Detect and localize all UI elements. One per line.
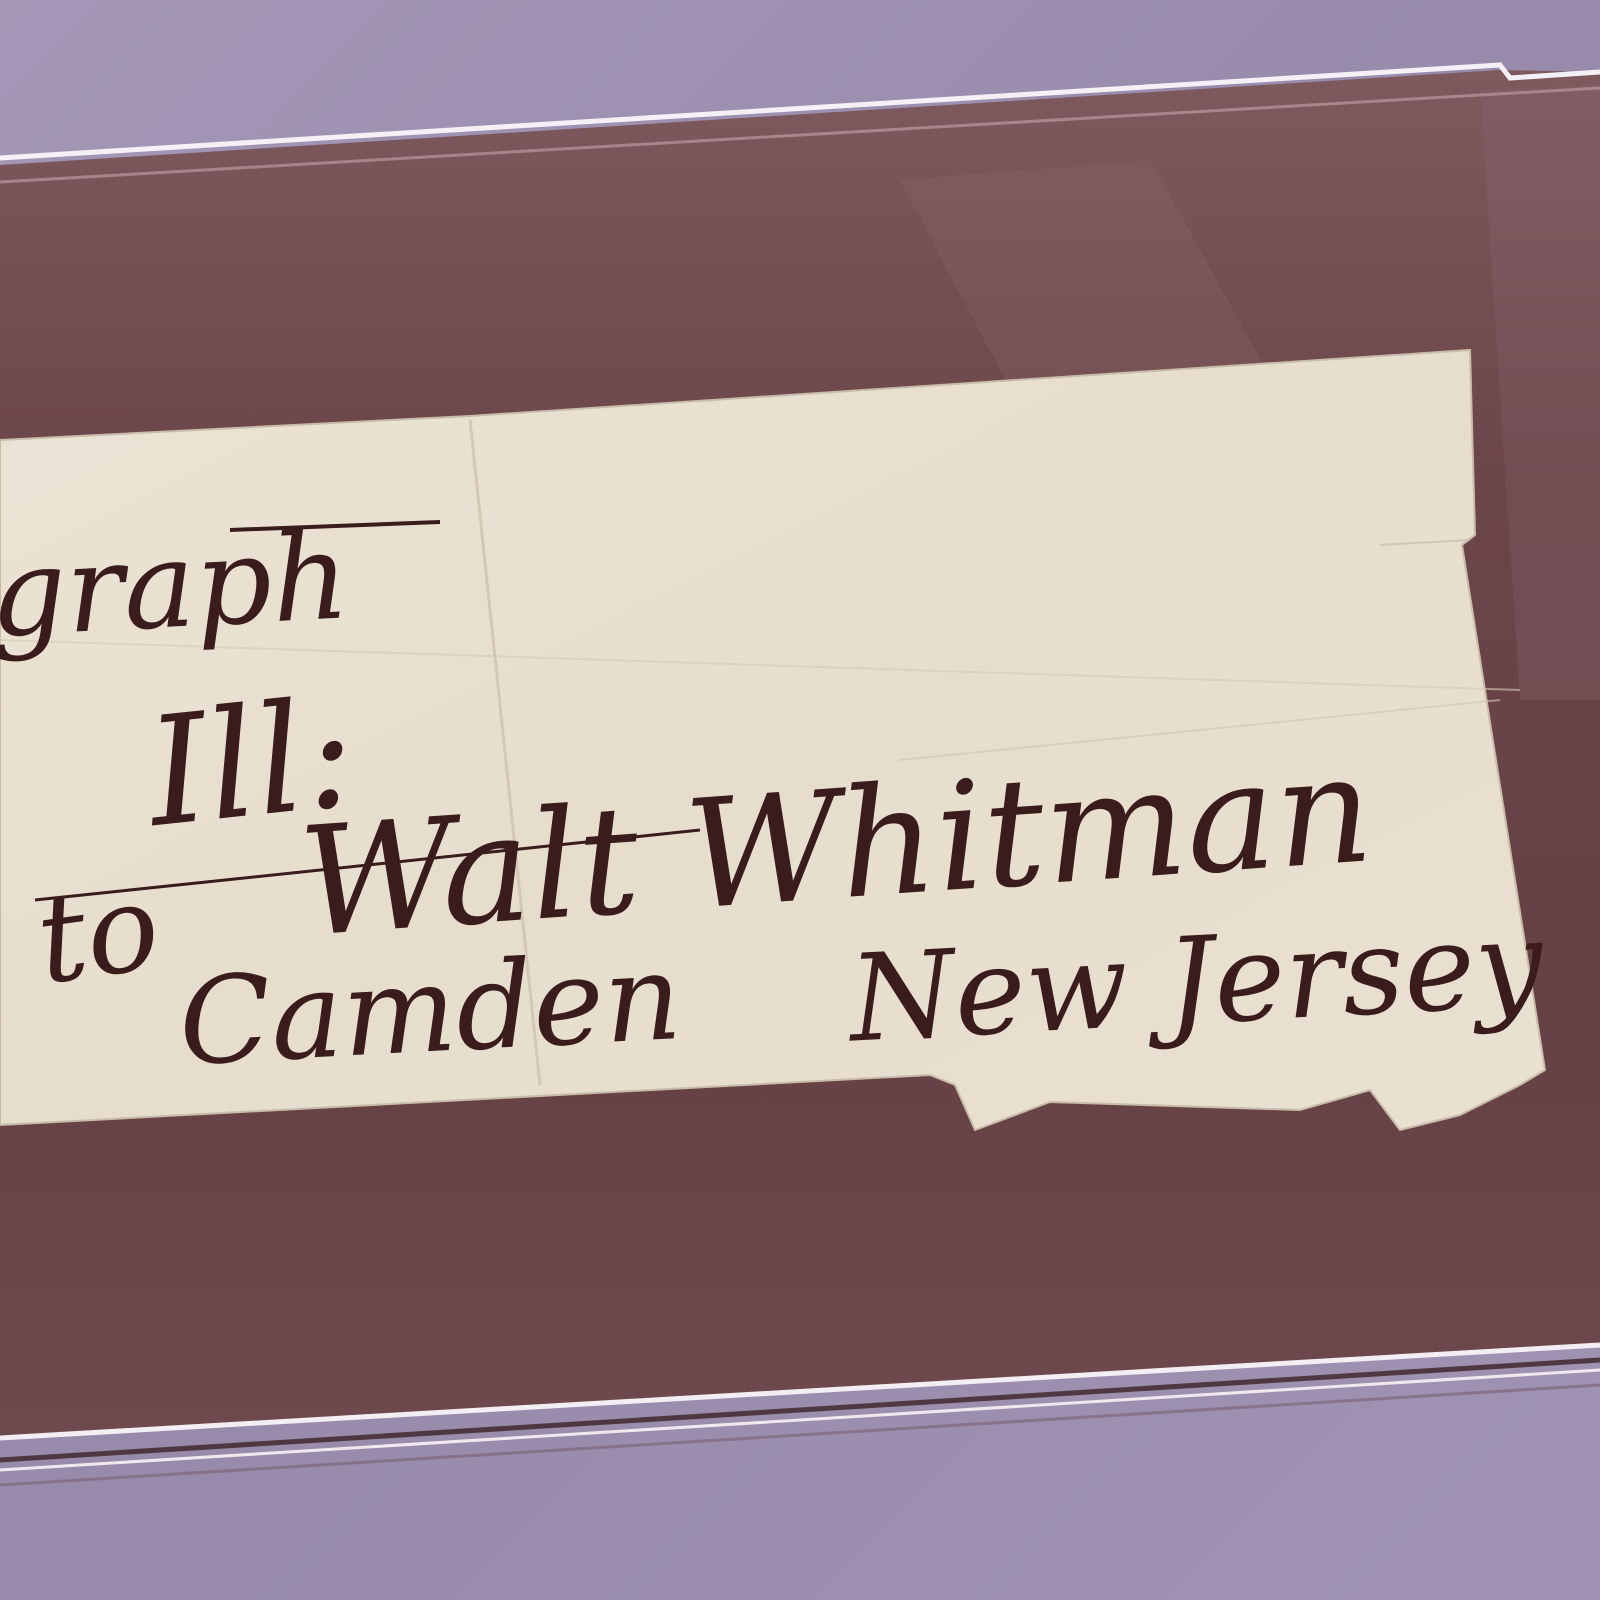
handwriting-to: to — [29, 857, 168, 1011]
handwriting-line-1: graph — [0, 507, 352, 665]
photo-scene: graph Ill: to Walt Whitman Camden New Je… — [0, 0, 1600, 1600]
handwriting-city: Camden — [176, 928, 685, 1093]
